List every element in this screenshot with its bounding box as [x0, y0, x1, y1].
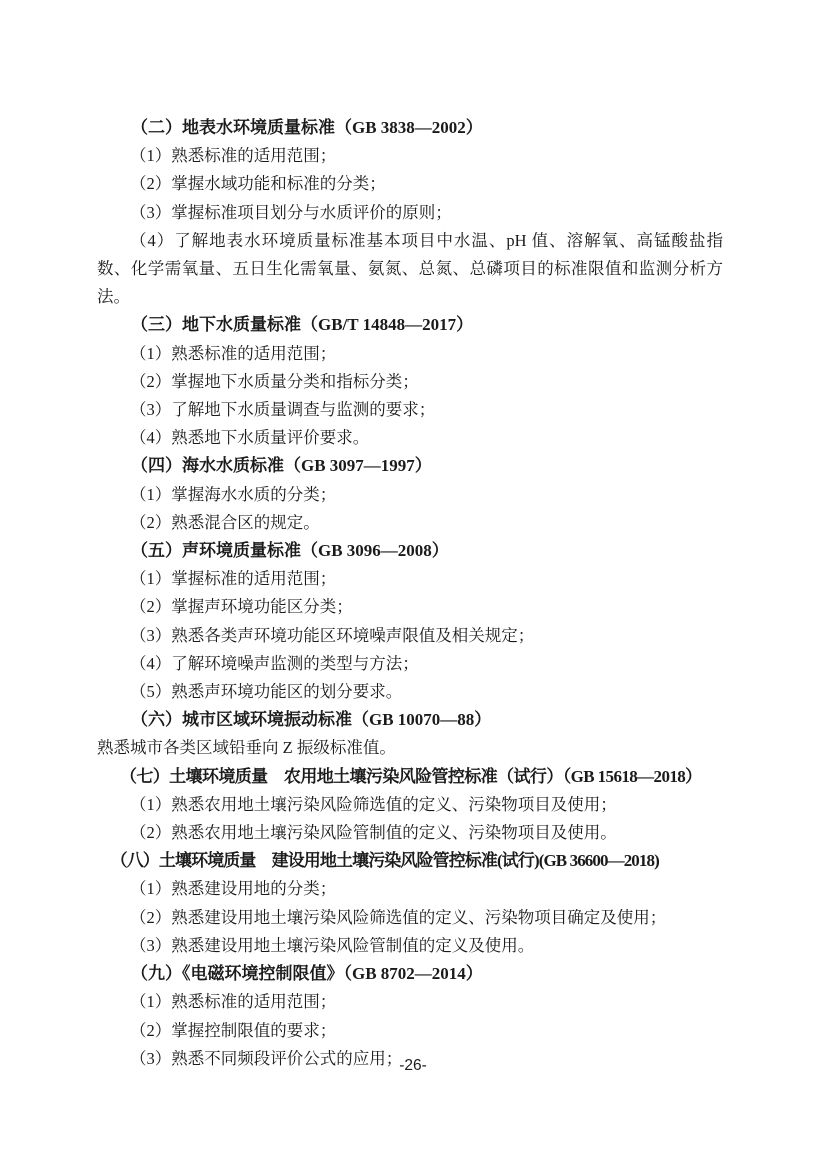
syllabus-item: （1）掌握海水水质的分类；	[97, 481, 723, 509]
syllabus-item: （2）熟悉混合区的规定。	[97, 509, 723, 537]
section-heading: （八）土壤环境质量 建设用地土壤污染风险管控标准(试行)(GB 36600—20…	[97, 847, 723, 875]
document-page: （二）地表水环境质量标准（GB 3838—2002） （1）熟悉标准的适用范围；…	[0, 0, 826, 1169]
syllabus-item: （3）熟悉各类声环境功能区环境噪声限值及相关规定；	[97, 622, 723, 650]
syllabus-item: （3）熟悉建设用地土壤污染风险管制值的定义及使用。	[97, 932, 723, 960]
syllabus-item: （2）熟悉农用地土壤污染风险管制值的定义、污染物项目及使用。	[97, 819, 723, 847]
syllabus-item: （3）了解地下水质量调查与监测的要求；	[97, 396, 723, 424]
section-heading: （四）海水水质标准（GB 3097—1997）	[97, 452, 723, 480]
syllabus-item: （1）掌握标准的适用范围；	[97, 565, 723, 593]
syllabus-item: （2）掌握声环境功能区分类；	[97, 593, 723, 621]
syllabus-item: （1）熟悉农用地土壤污染风险筛选值的定义、污染物项目及使用；	[97, 791, 723, 819]
syllabus-item: （3）掌握标准项目划分与水质评价的原则；	[97, 199, 723, 227]
page-number: -26-	[0, 1057, 826, 1075]
section-body-text: 熟悉城市各类区域铅垂向 Z 振级标准值。	[97, 734, 723, 762]
syllabus-item: （4）了解地表水环境质量标准基本项目中水温、pH 值、溶解氧、高锰酸盐指数、化学…	[97, 227, 723, 312]
section-heading: （五）声环境质量标准（GB 3096—2008）	[97, 537, 723, 565]
syllabus-item: （2）掌握水域功能和标准的分类；	[97, 170, 723, 198]
syllabus-item: （4）熟悉地下水质量评价要求。	[97, 424, 723, 452]
syllabus-item: （1）熟悉标准的适用范围；	[97, 988, 723, 1016]
syllabus-item: （2）熟悉建设用地土壤污染风险筛选值的定义、污染物项目确定及使用；	[97, 904, 723, 932]
section-heading: （三）地下水质量标准（GB/T 14848—2017）	[97, 311, 723, 339]
section-heading: （二）地表水环境质量标准（GB 3838—2002）	[97, 114, 723, 142]
document-content: （二）地表水环境质量标准（GB 3838—2002） （1）熟悉标准的适用范围；…	[97, 114, 723, 1073]
syllabus-item: （4）了解环境噪声监测的类型与方法；	[97, 650, 723, 678]
section-heading: （九）《电磁环境控制限值》（GB 8702—2014）	[97, 960, 723, 988]
syllabus-item: （1）熟悉标准的适用范围；	[97, 142, 723, 170]
syllabus-item: （1）熟悉标准的适用范围；	[97, 340, 723, 368]
section-heading: （七）土壤环境质量 农用地土壤污染风险管控标准（试行）（GB 15618—201…	[97, 763, 723, 791]
syllabus-item: （2）掌握地下水质量分类和指标分类；	[97, 368, 723, 396]
syllabus-item: （5）熟悉声环境功能区的划分要求。	[97, 678, 723, 706]
section-heading: （六）城市区域环境振动标准（GB 10070—88）	[97, 706, 723, 734]
syllabus-item: （2）掌握控制限值的要求；	[97, 1017, 723, 1045]
syllabus-item: （1）熟悉建设用地的分类；	[97, 875, 723, 903]
